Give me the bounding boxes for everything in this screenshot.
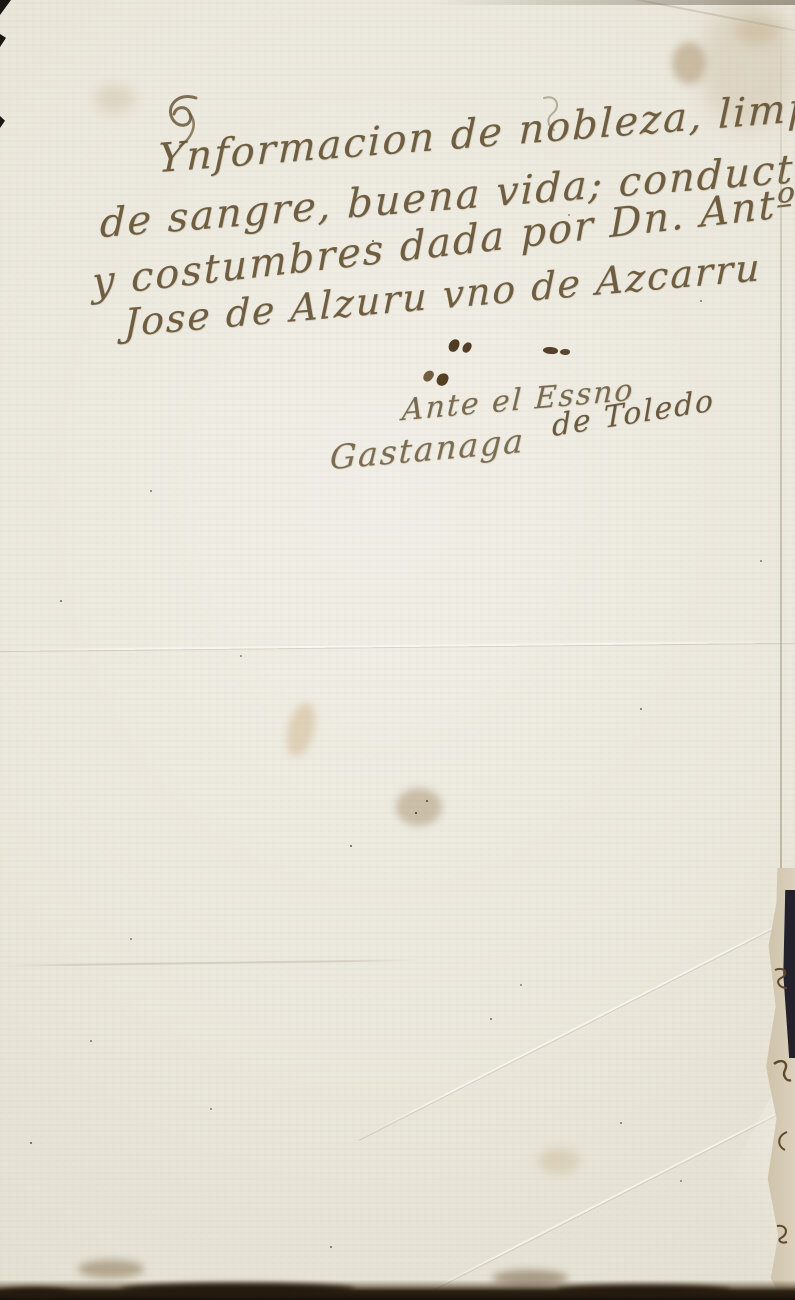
paper-stain bbox=[95, 85, 135, 113]
bottom-edge-shadow bbox=[120, 1283, 355, 1296]
ink-showthrough bbox=[771, 964, 793, 992]
paper-stain bbox=[396, 788, 442, 826]
ink-showthrough bbox=[773, 1128, 793, 1154]
bottom-edge-shadow bbox=[556, 1285, 731, 1296]
bottom-edge-shadow bbox=[0, 1288, 70, 1298]
page-edge-line bbox=[780, 0, 782, 872]
adjacent-page-edge bbox=[751, 868, 795, 1300]
ink-showthrough bbox=[771, 1056, 793, 1086]
ink-showthrough bbox=[773, 1220, 793, 1246]
top-edge-smudge bbox=[430, 0, 795, 5]
paper-stain bbox=[538, 1148, 580, 1174]
manuscript-page-scan: Ynformacion de nobleza, limpieza de sang… bbox=[0, 0, 795, 1300]
paper-stain bbox=[78, 1260, 144, 1278]
